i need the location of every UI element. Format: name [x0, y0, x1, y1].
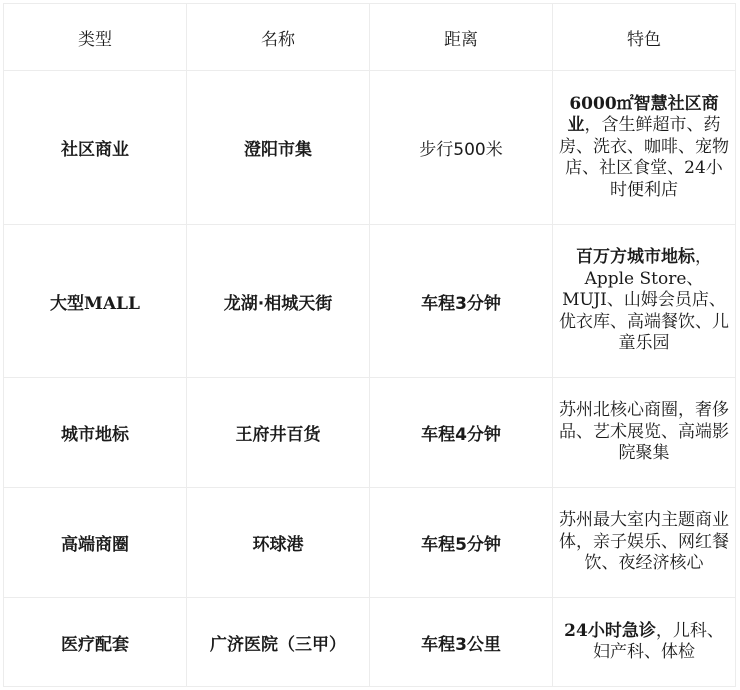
table-row: 大型MALL 龙湖·相城天街 车程3分钟 百万方城市地标，Apple Store…	[4, 225, 736, 378]
cell-feature: 苏州北核心商圈，奢侈品、艺术展览、高端影院聚集	[553, 378, 736, 488]
feature-highlight: 24小时急诊	[564, 621, 656, 641]
table-row: 社区商业 澄阳市集 步行500米 6000㎡智慧社区商业，含生鲜超市、药房、洗衣…	[4, 71, 736, 225]
table-row: 高端商圈 环球港 车程5分钟 苏州最大室内主题商业体，亲子娱乐、网红餐饮、夜经济…	[4, 488, 736, 598]
cell-feature: 24小时急诊，儿科、妇产科、体检	[553, 598, 736, 687]
feature-text: 苏州北核心商圈，奢侈品、艺术展览、高端影院聚集	[559, 400, 729, 463]
cell-feature: 百万方城市地标，Apple Store、MUJI、山姆会员店、优衣库、高端餐饮、…	[553, 225, 736, 378]
feature-highlight: 百万方城市地标	[576, 247, 695, 267]
cell-distance: 车程3公里	[370, 598, 553, 687]
header-type: 类型	[4, 4, 187, 71]
cell-name: 王府井百货	[187, 378, 370, 488]
feature-text: ，含生鲜超市、药房、洗衣、咖啡、宠物店、社区食堂、24小时便利店	[559, 115, 729, 200]
header-name: 名称	[187, 4, 370, 71]
cell-name: 澄阳市集	[187, 71, 370, 225]
cell-name: 广济医院（三甲）	[187, 598, 370, 687]
table-row: 医疗配套 广济医院（三甲） 车程3公里 24小时急诊，儿科、妇产科、体检	[4, 598, 736, 687]
cell-distance: 车程3分钟	[370, 225, 553, 378]
cell-type: 高端商圈	[4, 488, 187, 598]
cell-distance: 车程5分钟	[370, 488, 553, 598]
amenities-table: 类型 名称 距离 特色 社区商业 澄阳市集 步行500米 6000㎡智慧社区商业…	[3, 3, 736, 687]
cell-feature: 苏州最大室内主题商业体，亲子娱乐、网红餐饮、夜经济核心	[553, 488, 736, 598]
header-feature: 特色	[553, 4, 736, 71]
feature-text: 苏州最大室内主题商业体，亲子娱乐、网红餐饮、夜经济核心	[559, 510, 729, 573]
cell-type: 城市地标	[4, 378, 187, 488]
cell-name: 环球港	[187, 488, 370, 598]
cell-type: 医疗配套	[4, 598, 187, 687]
header-distance: 距离	[370, 4, 553, 71]
cell-distance: 车程4分钟	[370, 378, 553, 488]
cell-type: 社区商业	[4, 71, 187, 225]
cell-distance: 步行500米	[370, 71, 553, 225]
cell-type: 大型MALL	[4, 225, 187, 378]
table-row: 城市地标 王府井百货 车程4分钟 苏州北核心商圈，奢侈品、艺术展览、高端影院聚集	[4, 378, 736, 488]
table-header-row: 类型 名称 距离 特色	[4, 4, 736, 71]
cell-feature: 6000㎡智慧社区商业，含生鲜超市、药房、洗衣、咖啡、宠物店、社区食堂、24小时…	[553, 71, 736, 225]
cell-name: 龙湖·相城天街	[187, 225, 370, 378]
